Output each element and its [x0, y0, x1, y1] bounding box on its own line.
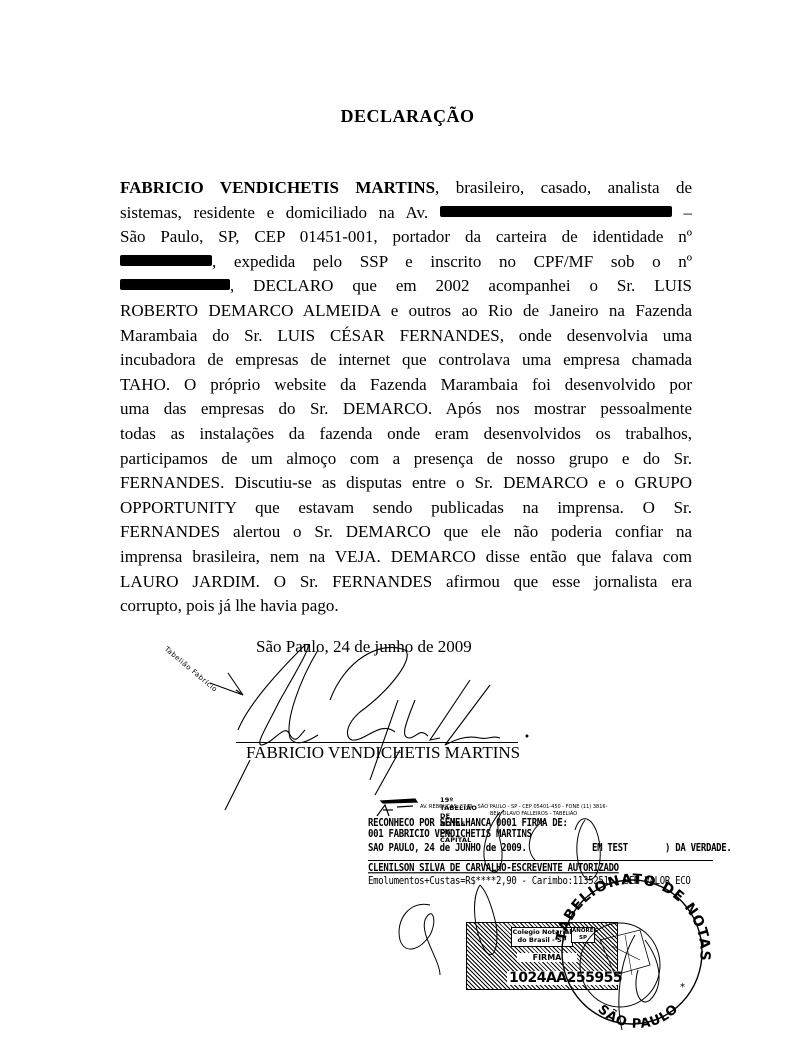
body-line: uma das empresas do Sr. DEMARCO. Após no… [120, 397, 692, 422]
seal-firma-label: FIRMA [517, 953, 577, 962]
redacted-address [440, 206, 672, 217]
seal-code: 1024AA255955 [507, 971, 624, 985]
notary-line-fees: Emolumentos+Custas=R$****2,90 - Carimbo:… [368, 876, 690, 888]
body-line: imprensa brasileira, nem na VEJA. DEMARC… [120, 545, 692, 570]
document-page: DECLARAÇÃO FABRICIO VENDICHETIS MARTINS,… [0, 0, 800, 1039]
declarant-name: FABRICIO VENDICHETIS MARTINS [120, 178, 435, 197]
body-line: , expedida pelo SSP e inscrito no CPF/MF… [120, 250, 692, 275]
body-line: LAURO JARDIM. O Sr. FERNANDES afirmou qu… [120, 570, 692, 595]
declaration-body: FABRICIO VENDICHETIS MARTINS, brasileiro… [120, 176, 692, 619]
document-title: DECLARAÇÃO [0, 106, 800, 127]
notary-tabeliao: BEL. OLAVO FALLEIROS - TABELIÃO [490, 811, 577, 817]
body-line: participamos de um almoço com a presença… [120, 447, 692, 472]
body-line: ROBERTO DEMARCO ALMEIDA e outros ao Rio … [120, 299, 692, 324]
place-date: São Paulo, 24 de junho de 2009 [256, 637, 472, 657]
authentication-seal: Colegio Notarial do Brasil - SP ANOREG S… [466, 922, 618, 990]
notary-line-truth: ) DA VERDADE. [665, 843, 732, 855]
svg-text:SÃO PAULO: SÃO PAULO [595, 1001, 682, 1032]
body-line: Marambaia do Sr. LUIS CÉSAR FERNANDES, o… [120, 324, 692, 349]
body-line: incubadora de empresas de internet que c… [120, 348, 692, 373]
notary-address: AV. REBOUÇAS, 3749 - SÃO PAULO - SP - CE… [420, 804, 607, 810]
notary-line-recognition: RECONHECO POR SEMELHANCA 0001 FIRMA DE: [368, 818, 568, 830]
seal-header: Colegio Notarial do Brasil - SP [511, 927, 573, 947]
body-line: TAHO. O próprio website da Fazenda Maram… [120, 373, 692, 398]
redacted-id-number [120, 255, 212, 266]
notary-logo-icon [375, 796, 421, 818]
notary-line-signer: 001 FABRICIO VENDICHETIS MARTINS [368, 829, 532, 841]
seal-anoreg: ANOREG SP [571, 927, 595, 943]
signer-name: FABRICIO VENDICHETIS MARTINS [246, 743, 520, 763]
redacted-cpf-number [120, 279, 230, 290]
notary-line-clerk: CLENILSON SILVA DE CARVALHO-ESCREVENTE A… [368, 863, 619, 875]
svg-text:*: * [680, 982, 685, 993]
body-line: corrupto, pois já lhe havia pago. [120, 594, 692, 619]
margin-annotation: Tabelião Fabrício [163, 645, 219, 694]
body-line: todas as instalações da fazenda onde era… [120, 422, 692, 447]
body-line: sistemas, residente e domiciliado na Av.… [120, 201, 692, 226]
body-line: , DECLARO que em 2002 acompanhei o Sr. L… [120, 274, 692, 299]
body-line: OPPORTUNITY que estavam sendo publicadas… [120, 496, 692, 521]
notary-line-testimony: EM TEST [592, 843, 628, 855]
notary-divider [368, 860, 713, 861]
body-line: São Paulo, SP, CEP 01451-001, portador d… [120, 225, 692, 250]
body-line: FERNANDES. Discutiu-se as disputas entre… [120, 471, 692, 496]
body-line: FABRICIO VENDICHETIS MARTINS, brasileiro… [120, 176, 692, 201]
notary-line-date: SAO PAULO, 24 de JUNHO de 2009. [368, 843, 527, 855]
body-line: FERNANDES alertou o Sr. DEMARCO que ele … [120, 520, 692, 545]
